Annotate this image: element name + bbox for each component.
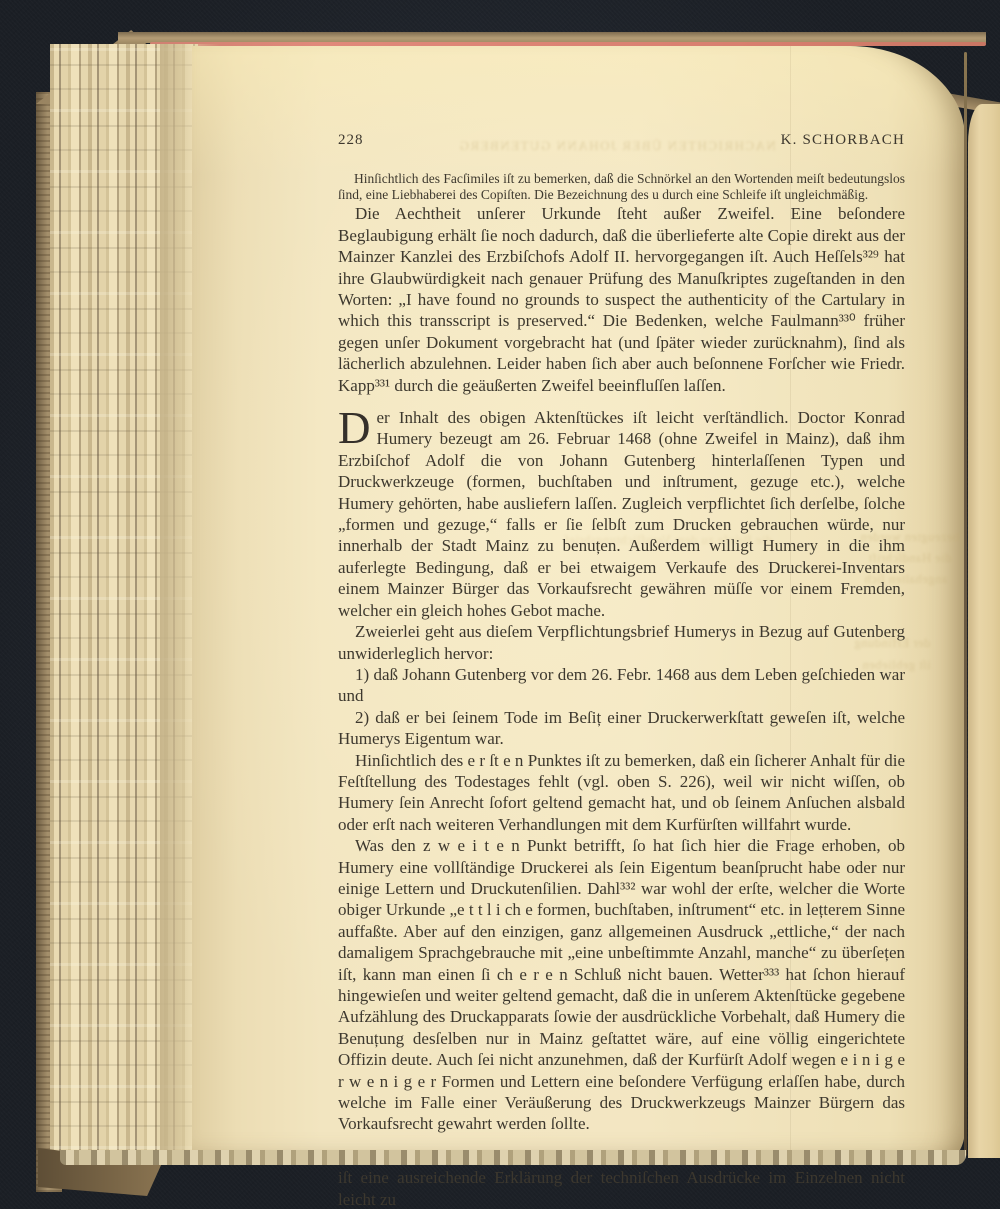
list-item-1: 1) daß Johann Gutenberg vor dem 26. Febr… xyxy=(338,664,905,707)
running-head-author: K. SCHORBACH xyxy=(781,132,905,149)
book-gutter xyxy=(964,52,967,1156)
paragraph-second-point: Was den z w e i t e n Punkt betrifft, ſo… xyxy=(338,835,905,1135)
drop-cap-letter: D xyxy=(338,407,377,447)
text-column: 228 K. SCHORBACH Hinſichtlich des Facſim… xyxy=(338,46,905,1209)
list-item-2: 2) daß er bei ſeinem Tode im Beſiț einer… xyxy=(338,707,905,750)
next-page-edge xyxy=(968,104,1000,1158)
paragraph-zweierlei: Zweierlei geht aus dieſem Verpflichtungs… xyxy=(338,621,905,664)
paragraph-first-point: Hinſichtlich des e r ſt e n Punktes iſt … xyxy=(338,750,905,836)
photo-background: NACHRICHTEN ÜBER JOHANN GUTENBERG bezeug… xyxy=(0,0,1000,1209)
page-number: 228 xyxy=(338,132,364,149)
page-bottom-edge xyxy=(60,1150,966,1165)
paragraph-authenticity: Die Aechtheit unſerer Urkunde ſteht auße… xyxy=(338,203,905,396)
facsimile-note: Hinſichtlich des Facſimiles iſt zu bemer… xyxy=(338,171,905,203)
paragraph-contents: D er Inhalt des obigen Aktenſtückes iſt … xyxy=(338,407,905,621)
book-page: NACHRICHTEN ÜBER JOHANN GUTENBERG bezeug… xyxy=(192,46,965,1158)
running-head: 228 K. SCHORBACH xyxy=(338,132,905,149)
paragraph-contents-text: er Inhalt des obigen Aktenſtückes iſt le… xyxy=(338,408,905,620)
